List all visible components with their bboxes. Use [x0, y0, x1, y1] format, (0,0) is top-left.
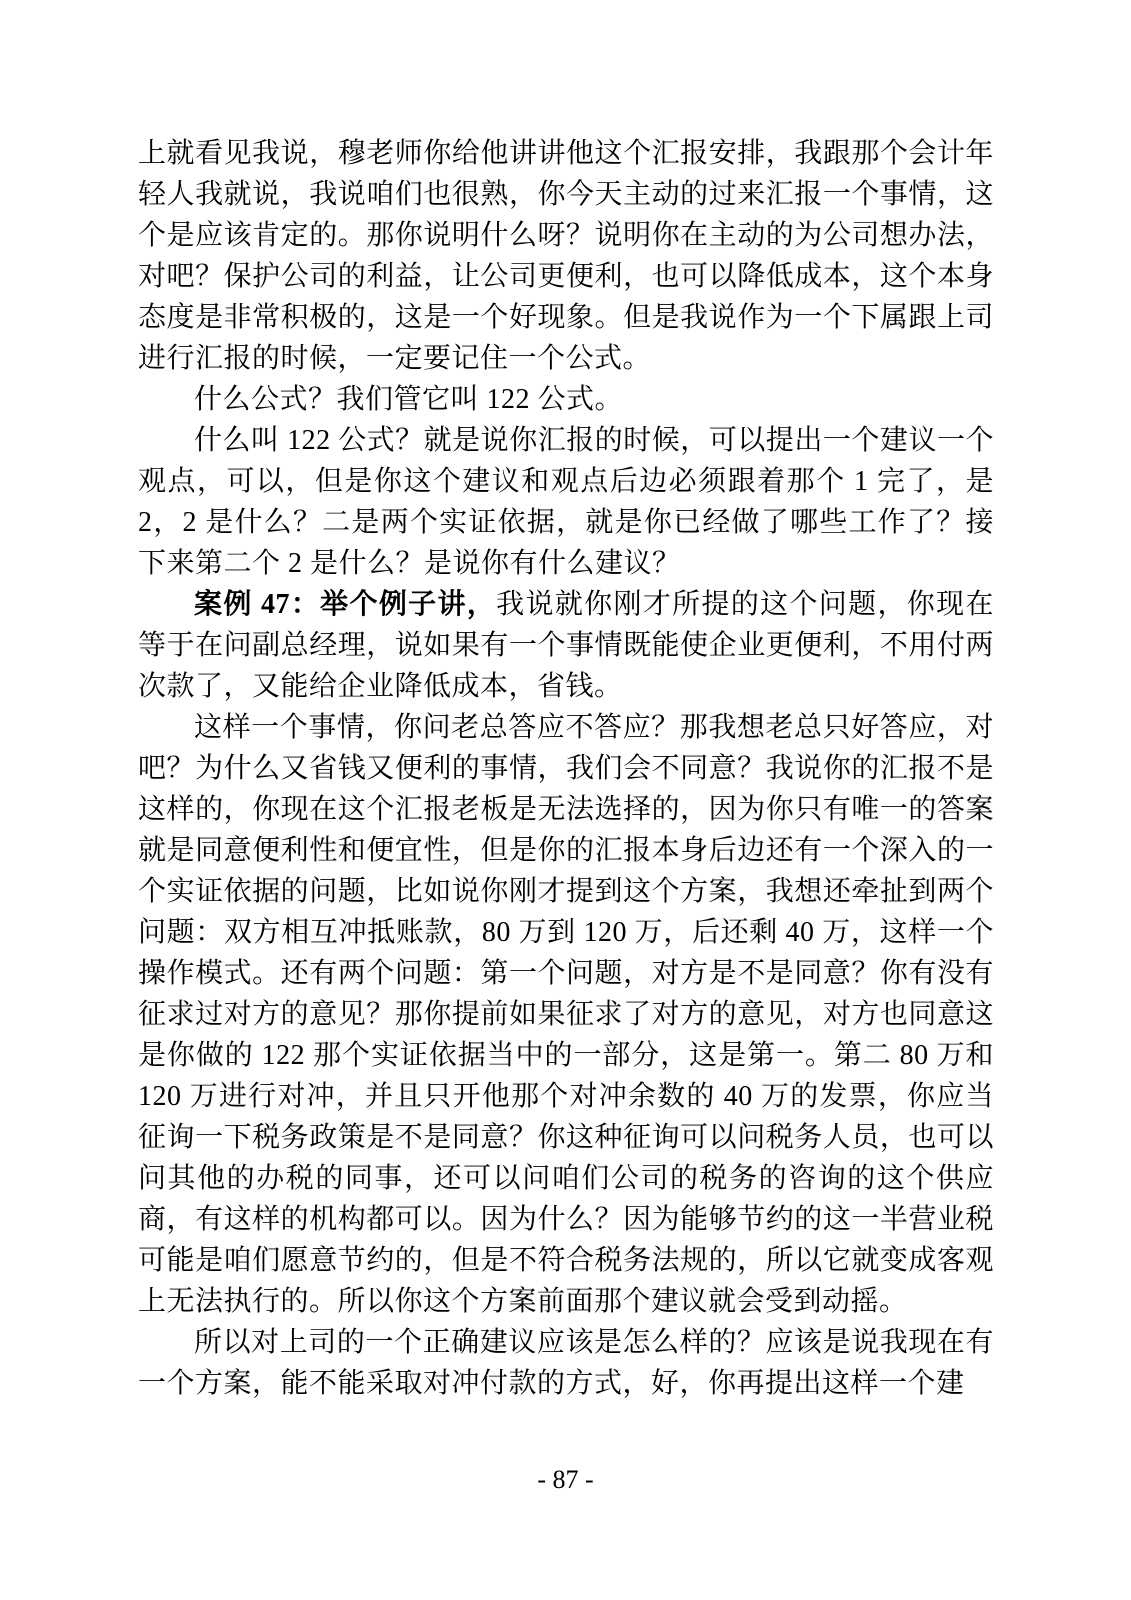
- case-47-bold-lead: 案例 47：举个例子讲，: [194, 589, 496, 620]
- paragraph-case-47: 案例 47：举个例子讲，我说就你刚才所提的这个问题，你现在等于在问副总经理，说如…: [138, 584, 994, 707]
- paragraph-discussion: 这样一个事情，你问老总答应不答应？那我想老总只好答应，对吧？为什么又省钱又便利的…: [138, 707, 994, 1322]
- page-number: - 87 -: [0, 1460, 1131, 1500]
- paragraph-formula-explain: 什么叫 122 公式？就是说你汇报的时候，可以提出一个建议一个观点，可以，但是你…: [138, 420, 994, 584]
- paragraph-continuation: 上就看见我说，穆老师你给他讲讲他这个汇报安排，我跟那个会计年轻人我就说，我说咱们…: [138, 133, 994, 379]
- paragraph-conclusion: 所以对上司的一个正确建议应该是怎么样的？应该是说我现在有一个方案，能不能采取对冲…: [138, 1322, 994, 1404]
- page-text-block: 上就看见我说，穆老师你给他讲讲他这个汇报安排，我跟那个会计年轻人我就说，我说咱们…: [138, 133, 994, 1404]
- paragraph-formula-intro: 什么公式？我们管它叫 122 公式。: [138, 379, 994, 420]
